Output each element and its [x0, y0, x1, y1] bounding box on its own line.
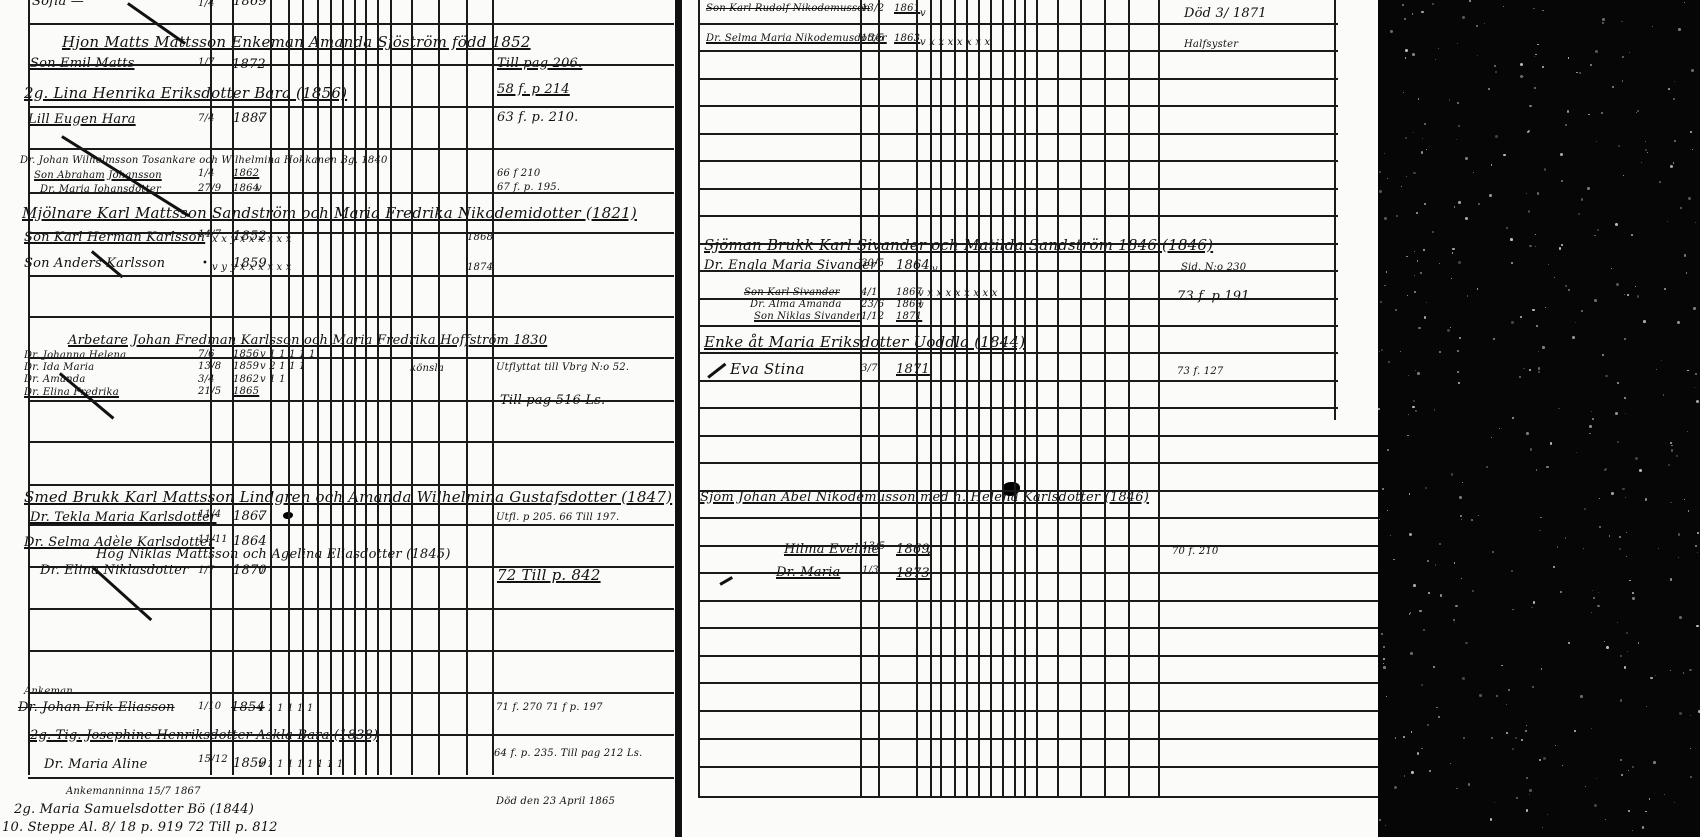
scan-noise	[1688, 510, 1690, 512]
scan-noise	[1384, 285, 1385, 286]
scan-noise	[1523, 368, 1525, 370]
entry-marks: v	[918, 300, 924, 311]
grid-column-rule	[878, 0, 880, 798]
grid-column-rule	[377, 0, 379, 775]
grid-row-rule	[698, 462, 1378, 464]
scan-noise	[1447, 329, 1449, 331]
grid-row-rule	[698, 407, 1338, 409]
scan-noise	[1581, 198, 1584, 201]
scan-noise	[1572, 336, 1575, 339]
scan-noise	[1641, 162, 1642, 163]
grid-row-rule	[28, 357, 674, 359]
scan-noise	[1591, 411, 1592, 412]
grid-column-rule	[1104, 0, 1106, 798]
grid-row-rule	[28, 692, 674, 694]
grid-row-rule	[698, 710, 1378, 712]
scan-noise	[1506, 227, 1508, 229]
entry-date: 4/1	[861, 287, 878, 298]
scan-noise	[1534, 87, 1536, 89]
household-header: Sjöman Brukk Karl Sivander och Matilda S…	[704, 236, 1213, 254]
scan-noise	[1529, 369, 1531, 371]
scan-noise	[1618, 145, 1620, 147]
scan-noise	[1454, 562, 1455, 563]
scan-noise	[1602, 18, 1605, 21]
scan-noise	[1460, 515, 1462, 517]
entry-date: 7/4	[198, 113, 215, 124]
scan-noise	[1395, 737, 1396, 738]
scan-noise	[1668, 88, 1670, 90]
scan-noise	[1439, 351, 1441, 353]
scan-noise	[1449, 99, 1451, 101]
entry-date: 1/7	[198, 57, 215, 68]
scan-noise	[1592, 418, 1594, 420]
scan-noise	[1457, 350, 1459, 352]
grid-column-rule	[978, 0, 980, 798]
grid-row-rule	[698, 517, 1378, 519]
scan-noise	[1405, 49, 1408, 52]
scan-noise	[1439, 263, 1440, 264]
scan-noise	[1478, 515, 1479, 516]
entry-date: 1/4	[198, 0, 215, 9]
entry-marks: v	[258, 512, 264, 523]
scan-noise	[1646, 706, 1647, 707]
scan-noise	[1403, 736, 1405, 738]
grid-row-rule	[28, 484, 674, 486]
scan-noise	[1536, 469, 1537, 470]
scan-noise	[1484, 23, 1485, 24]
scan-noise	[1594, 235, 1595, 236]
scan-noise	[1670, 502, 1672, 504]
scan-noise	[1602, 354, 1604, 356]
scan-noise	[1599, 498, 1600, 499]
scan-noise	[1554, 277, 1555, 278]
grid-column-rule	[365, 0, 367, 775]
scan-noise	[1435, 59, 1436, 60]
scan-noise	[1436, 707, 1438, 709]
scan-noise	[1676, 455, 1678, 457]
scan-noise	[1413, 172, 1416, 175]
grid-column-rule	[28, 0, 30, 775]
scan-noise	[1456, 788, 1457, 789]
scan-noise	[1526, 777, 1528, 779]
scan-noise	[1451, 473, 1453, 475]
scan-noise	[1422, 138, 1423, 139]
scan-noise	[1673, 162, 1675, 164]
scan-noise	[1611, 492, 1614, 495]
scan-noise	[1384, 153, 1386, 155]
grid-row-rule	[698, 160, 1338, 162]
scan-noise	[1550, 442, 1553, 445]
scan-noise	[1457, 102, 1459, 104]
grid-column-rule	[492, 0, 494, 775]
scan-noise	[1619, 536, 1621, 538]
scan-noise	[1438, 48, 1439, 49]
grid-row-rule	[698, 188, 1338, 190]
scan-noise	[1415, 410, 1417, 412]
scan-noise	[1401, 186, 1402, 187]
grid-row-rule	[28, 316, 674, 318]
scan-noise	[1406, 256, 1408, 258]
entry-remark: 72 Till p. 842	[497, 566, 601, 584]
scan-noise	[1585, 786, 1586, 787]
entry-remark: 70 f. 210	[1172, 546, 1219, 557]
scan-noise	[1668, 464, 1670, 466]
scan-noise	[1387, 178, 1389, 180]
scan-noise	[1523, 76, 1524, 77]
scan-noise	[1663, 394, 1665, 396]
scan-noise	[1492, 551, 1494, 553]
household-header: Hjon Matts Mattsson Enkeman Amanda Sjöst…	[62, 33, 531, 51]
scan-noise	[1637, 295, 1639, 297]
grid-column-rule	[210, 0, 212, 775]
scan-noise	[1477, 288, 1479, 290]
scan-noise	[1414, 251, 1415, 252]
scan-noise	[1590, 64, 1592, 66]
scan-noise	[1395, 309, 1397, 311]
scan-noise	[1429, 770, 1431, 772]
scan-noise	[1645, 149, 1647, 151]
scan-noise	[1421, 151, 1424, 154]
scan-noise	[1593, 597, 1595, 599]
scan-noise	[1605, 375, 1608, 378]
scan-noise	[1454, 206, 1456, 208]
scan-noise	[1589, 433, 1590, 434]
scan-noise	[1462, 677, 1465, 680]
grid-row-rule	[698, 325, 1338, 327]
scan-noise	[1417, 372, 1420, 375]
scan-noise	[1538, 371, 1540, 373]
scan-noise	[1559, 247, 1562, 250]
scan-noise	[1412, 53, 1415, 56]
grid-column-rule	[330, 0, 332, 775]
grid-row-rule	[28, 192, 674, 194]
scan-noise	[1521, 739, 1523, 741]
scan-noise	[1512, 748, 1514, 750]
scan-noise	[1388, 361, 1391, 364]
scan-noise	[1642, 826, 1645, 829]
scan-noise	[1592, 590, 1593, 591]
scan-noise	[1506, 704, 1507, 705]
grid-row-rule	[698, 270, 1338, 272]
scan-noise	[1414, 275, 1415, 276]
entry-date: 1/4	[198, 168, 215, 179]
scan-noise	[1384, 217, 1387, 220]
household-header: Arbetare Johan Fredman Karlsson och Mari…	[68, 333, 547, 348]
scan-noise	[1627, 651, 1628, 652]
scan-noise	[1404, 18, 1406, 20]
grid-column-rule	[466, 0, 468, 775]
scan-noise	[1405, 137, 1407, 139]
grid-row-rule	[698, 766, 1378, 768]
entry-marks: v y y x x x x x x	[212, 262, 292, 273]
scan-noise	[1440, 594, 1443, 597]
scan-noise	[1390, 30, 1393, 33]
entry-date: 15/12	[198, 754, 228, 765]
entry-name: Dr. Ida Maria	[24, 362, 94, 373]
scan-noise	[1697, 532, 1700, 535]
entry-marks: v 1 1 1 1 1	[258, 703, 314, 714]
entry-name: Dr. Alma Amanda	[750, 299, 842, 310]
scan-noise	[1426, 149, 1427, 150]
right-register-page: Son Karl Rudolf Nikodemusson 13/2 1861 v…	[684, 0, 1378, 837]
grid-row-rule	[28, 734, 674, 736]
entry-marks: v 2 1 1 1	[260, 361, 306, 372]
scan-noise	[1538, 367, 1541, 370]
scan-noise	[1403, 92, 1404, 93]
scan-noise	[1688, 197, 1691, 200]
scan-noise	[1491, 437, 1492, 438]
scan-noise	[1560, 153, 1563, 156]
scan-noise	[1400, 351, 1401, 352]
checkmark	[707, 363, 726, 379]
scan-noise	[1496, 695, 1498, 697]
scan-noise	[1578, 213, 1580, 215]
scan-noise	[1380, 301, 1382, 303]
scan-noise	[1622, 56, 1624, 58]
scan-noise	[1568, 289, 1570, 291]
scan-noise	[1620, 655, 1622, 657]
scan-noise	[1624, 338, 1626, 340]
scan-noise	[1421, 748, 1423, 750]
scan-noise	[1632, 597, 1635, 600]
scan-noise	[1684, 2, 1686, 4]
scan-noise	[1424, 316, 1427, 319]
scan-noise	[1575, 322, 1576, 323]
scan-noise	[1387, 449, 1389, 451]
grid-column-rule	[1080, 0, 1082, 798]
scan-noise	[1432, 3, 1435, 6]
scan-noise	[1635, 457, 1638, 460]
scan-noise	[1491, 164, 1493, 166]
scan-noise	[1617, 622, 1618, 623]
grid-column-rule	[1334, 0, 1336, 420]
scan-noise	[1511, 321, 1514, 324]
grid-row-rule	[28, 441, 674, 443]
scan-noise	[1629, 52, 1630, 53]
scan-noise	[1690, 748, 1692, 750]
scan-noise	[1695, 545, 1697, 547]
grid-row-rule	[698, 738, 1378, 740]
grid-row-rule	[698, 243, 1338, 245]
entry-remark: 66 f 210	[497, 168, 540, 179]
entry-year: 1859	[233, 361, 259, 372]
scan-noise	[1512, 609, 1514, 611]
scan-noise	[1407, 435, 1409, 437]
grid-column-rule	[342, 0, 344, 775]
scan-noise	[1620, 699, 1623, 702]
grid-row-rule	[28, 275, 674, 277]
entry-name: Dr. Tekla Maria Karlsdotter	[30, 510, 216, 525]
grid-row-rule	[698, 655, 1378, 657]
scan-noise	[1695, 373, 1697, 375]
entry-name: Son Karl Sivander	[744, 287, 840, 298]
scan-noise	[1684, 254, 1687, 257]
scan-noise	[1465, 217, 1468, 220]
scan-noise	[1565, 124, 1567, 126]
entry-marks: x x y x x x x x x	[212, 234, 292, 245]
grid-row-rule	[698, 78, 1338, 80]
scan-noise	[1595, 50, 1598, 53]
scan-noise	[1491, 737, 1494, 740]
household-header: Hög Niklas Mattsson och Agelina Eliasdot…	[96, 547, 451, 562]
scan-noise	[1687, 431, 1688, 432]
scan-noise	[1679, 712, 1682, 715]
grid-column-rule	[966, 0, 968, 798]
scan-noise	[1674, 81, 1675, 82]
scan-noise	[1670, 442, 1672, 444]
scan-noise	[1409, 533, 1412, 536]
entry-remark: 58 f. p 214	[497, 82, 570, 97]
scan-noise	[1465, 642, 1468, 645]
grid-column-rule	[302, 0, 304, 775]
scan-noise	[1692, 149, 1693, 150]
scan-noise	[1594, 804, 1597, 807]
scan-noise	[1416, 212, 1418, 214]
scan-noise	[1604, 641, 1605, 642]
scan-noise	[1626, 532, 1627, 533]
scan-noise	[1568, 642, 1570, 644]
scan-noise	[1690, 776, 1693, 779]
scan-noise	[1405, 57, 1406, 58]
scan-noise	[1594, 299, 1597, 302]
grid-row-rule	[698, 490, 1378, 492]
scan-noise	[1478, 203, 1480, 205]
scan-noise	[1664, 288, 1666, 290]
scan-noise	[1529, 789, 1532, 792]
scan-noise	[1424, 203, 1426, 205]
scan-noise	[1428, 592, 1430, 594]
scan-noise	[1581, 310, 1583, 312]
scan-noise	[1542, 827, 1543, 828]
scan-noise	[1580, 695, 1582, 697]
scan-noise	[1596, 778, 1597, 779]
scan-noise	[1415, 370, 1416, 371]
scan-noise	[1452, 248, 1455, 251]
scan-noise	[1645, 141, 1646, 142]
scan-noise	[1383, 658, 1385, 660]
entry-remark: 63 f. p. 210.	[497, 110, 578, 125]
scan-noise	[1476, 25, 1478, 27]
scan-noise	[1526, 725, 1527, 726]
scan-noise	[1591, 728, 1593, 730]
left-register-page: Sofia — 1/4 1869 Hjon Matts Mattsson Enk…	[0, 0, 674, 837]
scan-noise	[1695, 222, 1696, 223]
scan-noise	[1650, 677, 1653, 680]
scan-noise	[1530, 448, 1532, 450]
scan-noise	[1520, 75, 1523, 78]
scan-noise	[1461, 578, 1462, 579]
scan-noise	[1410, 652, 1413, 655]
scan-noise	[1555, 745, 1557, 747]
entry-year: 1865	[233, 386, 259, 397]
scan-noise	[1615, 223, 1618, 226]
scan-noise	[1469, 0, 1471, 2]
scan-noise	[1674, 802, 1675, 803]
scan-noise	[1678, 28, 1681, 31]
scan-noise	[1626, 556, 1627, 557]
scan-noise	[1459, 496, 1462, 499]
scan-noise	[1458, 261, 1461, 264]
scan-noise	[1519, 376, 1521, 378]
scan-noise	[1379, 351, 1381, 353]
entry-date: 3/4	[198, 374, 215, 385]
entry-marks: v 1 1	[260, 374, 286, 385]
scan-noise	[1526, 809, 1529, 812]
scan-noise	[1546, 466, 1549, 469]
entry-remark: 73 f. p 191	[1177, 289, 1250, 304]
scan-noise	[1501, 665, 1503, 667]
scan-noise	[1617, 382, 1619, 384]
scan-noise	[1621, 21, 1623, 23]
scan-noise	[1396, 215, 1398, 217]
scan-noise	[1495, 135, 1498, 138]
scan-noise	[1453, 619, 1455, 621]
scan-noise	[1591, 612, 1592, 613]
scan-noise	[1576, 72, 1578, 74]
scan-noise	[1623, 175, 1625, 177]
scan-noise	[1670, 670, 1671, 671]
scan-noise	[1626, 632, 1628, 634]
scan-noise	[1535, 246, 1536, 247]
scan-noise	[1545, 307, 1546, 308]
scan-noise	[1433, 666, 1435, 668]
entry-year: 1871	[896, 311, 922, 322]
grid-row-rule	[28, 148, 674, 150]
scan-noise	[1547, 814, 1549, 816]
scan-noise	[1515, 737, 1517, 739]
scan-noise	[1486, 466, 1488, 468]
scan-noise	[1520, 316, 1522, 318]
entry-name: Son Abraham Johansson	[34, 170, 162, 181]
scan-noise	[1597, 605, 1600, 608]
scan-noise	[1516, 797, 1518, 799]
scan-noise	[1532, 686, 1534, 688]
scan-noise	[1619, 548, 1621, 550]
scan-noise	[1417, 752, 1419, 754]
grid-column-rule	[1014, 0, 1016, 798]
scan-noise	[1677, 321, 1680, 324]
grid-column-rule	[860, 0, 862, 798]
scan-noise	[1528, 210, 1531, 213]
scan-noise	[1678, 557, 1679, 558]
grid-column-rule	[1024, 0, 1026, 798]
scan-noise	[1423, 629, 1425, 631]
scan-noise	[1664, 794, 1666, 796]
footer-note: Ankemanninna 15/7 1867	[66, 786, 201, 797]
scan-noise	[1597, 229, 1600, 232]
scan-noise	[1557, 546, 1559, 548]
grid-row-rule	[698, 435, 1378, 437]
scan-noise	[1574, 730, 1576, 732]
scan-noise	[1543, 757, 1546, 760]
scan-noise	[1479, 694, 1482, 697]
scan-noise	[1418, 327, 1421, 330]
scan-noise	[1658, 548, 1659, 549]
grid-row-rule	[28, 777, 674, 779]
scan-noise	[1532, 309, 1534, 311]
scan-noise	[1426, 302, 1428, 304]
scan-noise	[1643, 320, 1646, 323]
entry-name: Dr. Johan Erik Eliasson	[18, 700, 175, 715]
grid-row-rule	[28, 400, 674, 402]
grid-column-rule	[1002, 0, 1004, 798]
scan-noise	[1562, 765, 1563, 766]
scan-noise	[1540, 517, 1542, 519]
scan-noise	[1598, 592, 1599, 593]
grid-column-rule	[390, 0, 392, 775]
grid-column-rule	[916, 0, 918, 798]
scan-noise	[1631, 234, 1633, 236]
